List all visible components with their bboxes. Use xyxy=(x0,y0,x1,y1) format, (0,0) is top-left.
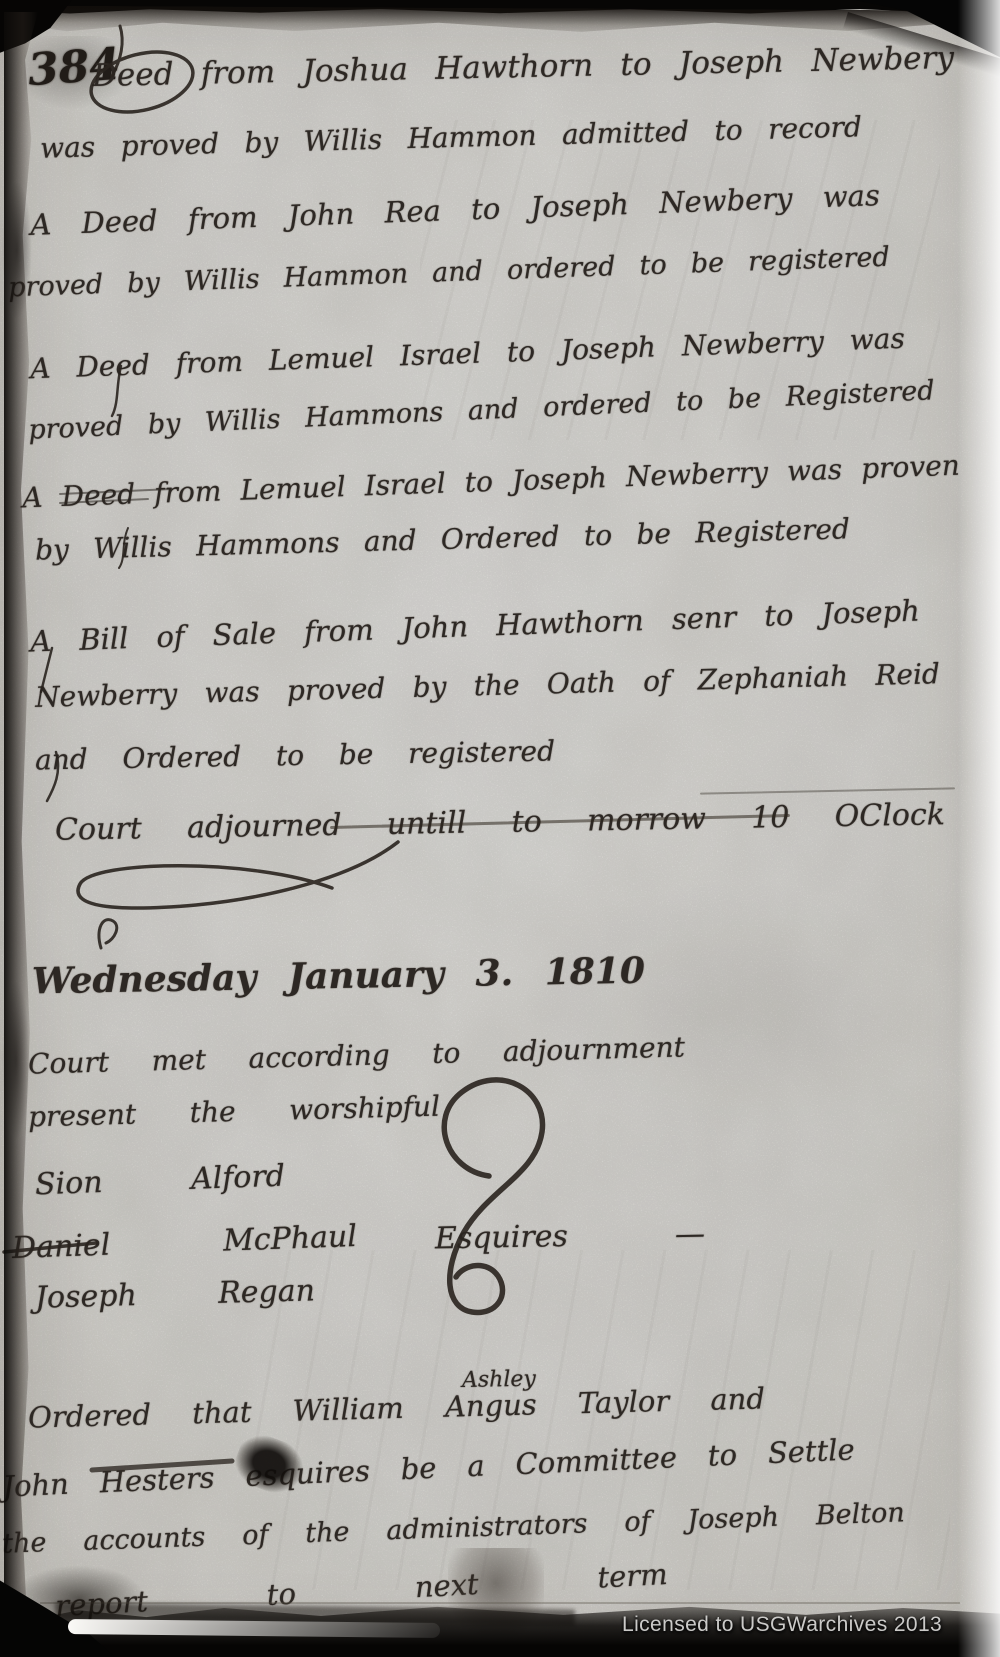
ink-smudge xyxy=(448,1548,544,1636)
esquires-label: Esquires — xyxy=(435,1218,706,1256)
manuscript-scan-page: 384 Deed from Joshua Hawthorn to Joseph … xyxy=(0,0,1000,1657)
license-watermark: Licensed to USGWarchives 2013 xyxy=(622,1613,994,1641)
justice-name-3: Joseph Regan xyxy=(35,1274,316,1315)
